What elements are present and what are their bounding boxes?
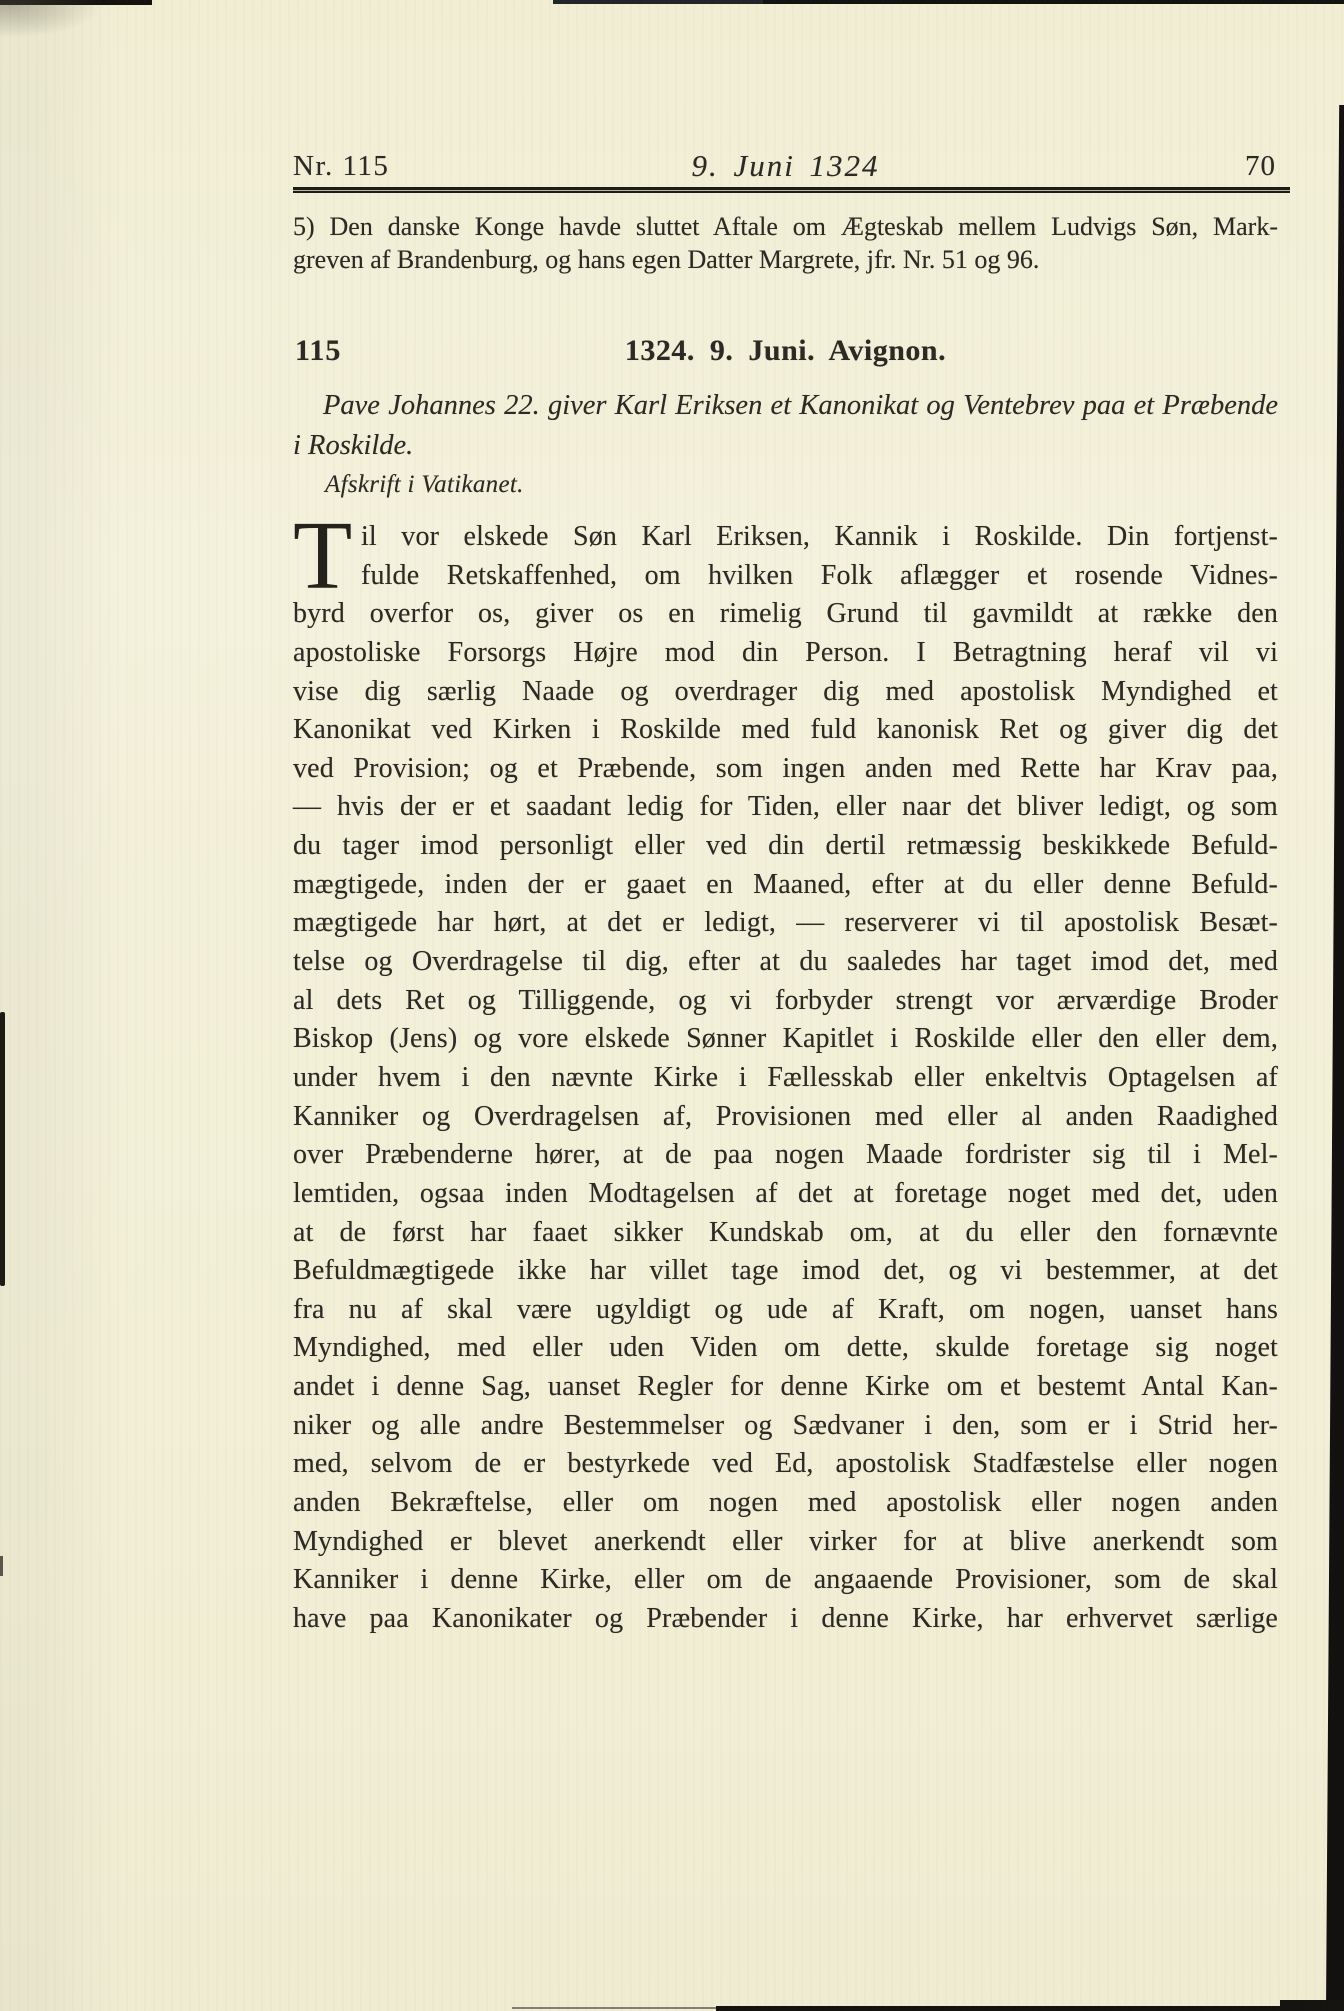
footnote-line: greven af Brandenburg, og hans egen Datt… (293, 243, 1278, 276)
body-text-line: at de først har faaet sikker Kundskab om… (293, 1214, 1278, 1253)
footnote-line: 5) Den danske Konge havde sluttet Aftale… (293, 210, 1278, 243)
body-text-line: mægtigede, inden der er gaaet en Maaned,… (293, 866, 1278, 905)
body-text-line: Myndighed er blevet anerkendt eller virk… (293, 1523, 1278, 1562)
entry-body-text: il vor elskede Søn Karl Eriksen, Kannik … (293, 518, 1278, 1639)
entry-summary: Pave Johannes 22. giver Karl Eriksen et … (293, 386, 1278, 465)
header-date: 9. Juni 1324 (293, 148, 1278, 184)
scan-artifact-bottom-line (716, 2006, 1288, 2011)
body-text-line: have paa Kanonikater og Præbender i denn… (293, 1600, 1278, 1639)
body-text-line: du tager imod personligt eller ved din d… (293, 827, 1278, 866)
body-text-line: apostoliske Forsorgs Højre mod din Perso… (293, 634, 1278, 673)
body-text-line: byrd overfor os, giver os en rimelig Gru… (293, 595, 1278, 634)
body-text-line: telse og Overdragelse til dig, efter at … (293, 943, 1278, 982)
summary-line: Pave Johannes 22. giver Karl Eriksen et … (293, 386, 1278, 426)
scan-artifact-top-right-edge (553, 0, 1344, 4)
body-text-line: fra nu af skal være ugyldigt og ude af K… (293, 1291, 1278, 1330)
body-text-line: under hvem i den nævnte Kirke i Fællessk… (293, 1059, 1278, 1098)
header-rule (293, 187, 1290, 193)
scan-artifact-top-left-edge (0, 0, 152, 5)
entry-body-wrap: T il vor elskede Søn Karl Eriksen, Kanni… (293, 518, 1278, 1639)
entry-dateline: 1324. 9. Juni. Avignon. (293, 334, 1278, 368)
body-text-line: Kanonikat ved Kirken i Roskilde med fuld… (293, 711, 1278, 750)
scan-artifact-left-edge-bar (0, 1012, 5, 1286)
body-text-line: il vor elskede Søn Karl Eriksen, Kannik … (293, 518, 1278, 557)
body-text-line: Befuldmægtigede ikke har villet tage imo… (293, 1252, 1278, 1291)
scan-artifact-bottom-block (1280, 2000, 1344, 2011)
body-text-line: Kanniker i denne Kirke, eller om de anga… (293, 1561, 1278, 1600)
scan-artifact-right-edge (1324, 105, 1344, 2011)
drop-cap: T (293, 518, 351, 595)
body-text-line: ved Provision; og et Præbende, som ingen… (293, 750, 1278, 789)
entry-heading: 115 1324. 9. Juni. Avignon. (293, 334, 1278, 372)
body-text-line: — hvis der er et saadant ledig for Tiden… (293, 788, 1278, 827)
scan-artifact-bottom-faint-line (512, 2007, 718, 2009)
body-text-line: andet i denne Sag, uanset Regler for den… (293, 1368, 1278, 1407)
body-text-line: Kanniker og Overdragelsen af, Provisione… (293, 1098, 1278, 1137)
body-text-line: over Præbenderne hører, at de paa nogen … (293, 1136, 1278, 1175)
header-page-number: 70 (1245, 150, 1276, 183)
body-text-line: anden Bekræftelse, eller om nogen med ap… (293, 1484, 1278, 1523)
running-header: Nr. 115 9. Juni 1324 70 (293, 150, 1278, 186)
scanned-book-page: Nr. 115 9. Juni 1324 70 5) Den danske Ko… (0, 0, 1344, 2011)
body-text-line: al dets Ret og Tilliggende, og vi forbyd… (293, 982, 1278, 1021)
summary-line: i Roskilde. (293, 426, 1278, 466)
body-text-line: med, selvom de er bestyrkede ved Ed, apo… (293, 1445, 1278, 1484)
body-text-line: Biskop (Jens) og vore elskede Sønner Kap… (293, 1020, 1278, 1059)
footnote: 5) Den danske Konge havde sluttet Aftale… (293, 210, 1278, 276)
body-text-line: vise dig særlig Naade og overdrager dig … (293, 673, 1278, 712)
body-text-line: lemtiden, ogsaa inden Modtagelsen af det… (293, 1175, 1278, 1214)
body-text-line: mægtigede har hørt, at det er ledigt, — … (293, 904, 1278, 943)
scan-artifact-left-edge-tick (0, 1556, 3, 1576)
body-text-line: fulde Retskaffenhed, om hvilken Folk afl… (293, 557, 1278, 596)
body-text-line: niker og alle andre Bestemmelser og Sædv… (293, 1407, 1278, 1446)
body-text-line: Myndighed, med eller uden Viden om dette… (293, 1329, 1278, 1368)
entry-source-note: Afskrift i Vatikanet. (293, 470, 1278, 500)
